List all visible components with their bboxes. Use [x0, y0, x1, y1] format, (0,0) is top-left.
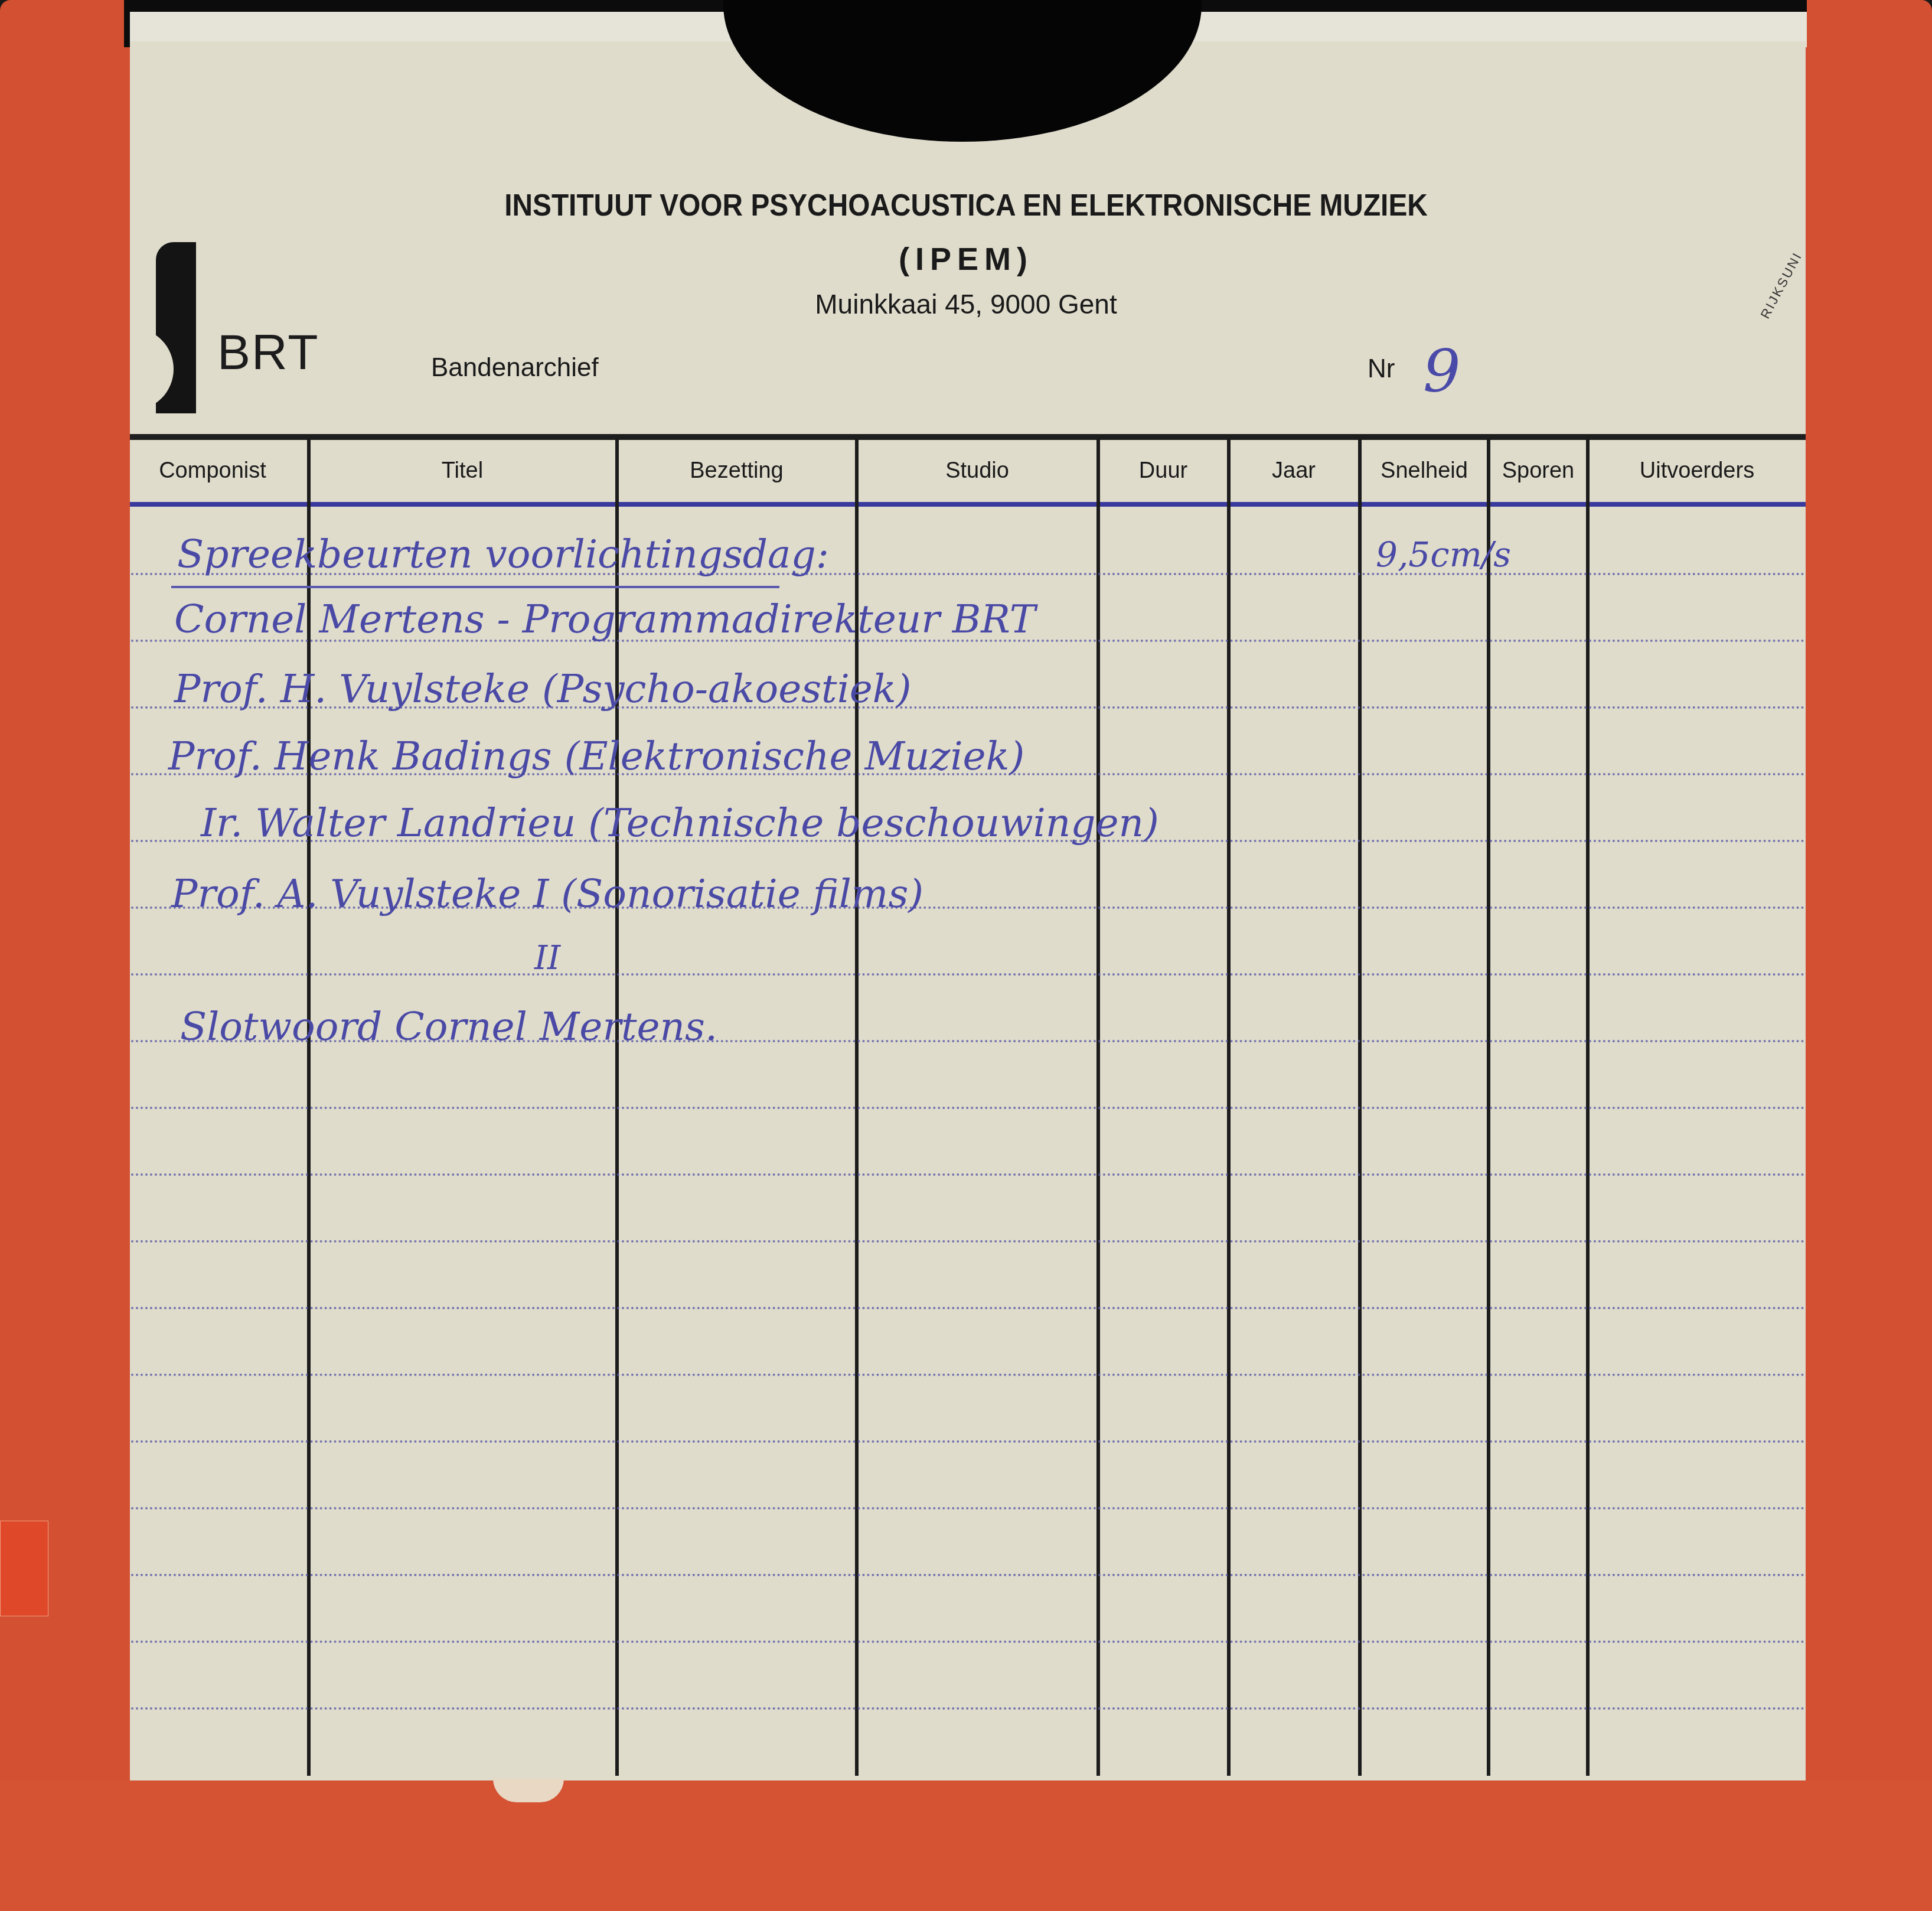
handwritten-entry: Ir. Walter Landrieu (Technische beschouw…	[201, 800, 1159, 846]
ruled-line	[131, 1440, 1806, 1443]
bottom-flap	[0, 1780, 1932, 1911]
institute-address: Muinkkaai 45, 9000 Gent	[0, 288, 1932, 320]
ruled-line	[131, 1240, 1806, 1243]
brt-logo-text: BRT	[217, 324, 319, 381]
column-header-titel: Titel	[309, 458, 616, 484]
column-header-studio: Studio	[857, 458, 1098, 484]
ruled-line	[131, 1507, 1806, 1509]
handwritten-entry: Prof. A. Vuylsteke I (Sonorisatie films)	[171, 871, 923, 917]
header-bottom-rule	[130, 502, 1806, 507]
adhesive-tape	[0, 1521, 48, 1616]
ruled-line	[131, 1107, 1806, 1109]
ruled-line	[131, 1574, 1806, 1576]
number-label: Nr	[1368, 354, 1395, 384]
column-header-snelheid: Snelheid	[1360, 458, 1489, 484]
ruled-line	[131, 973, 1806, 976]
ruled-line	[131, 1374, 1806, 1376]
column-header-duur: Duur	[1098, 458, 1228, 484]
handwritten-entry-heading: Spreekbeurten voorlichtingsdag:	[177, 531, 829, 577]
header-top-rule	[130, 434, 1806, 440]
column-header-bezetting: Bezetting	[617, 458, 856, 484]
institute-title: INSTITUUT VOOR PSYCHOACUSTICA EN ELEKTRO…	[77, 188, 1855, 223]
column-header-sporen: Sporen	[1489, 458, 1588, 484]
column-header-componist: Componist	[118, 458, 307, 484]
ruled-line	[131, 1707, 1806, 1710]
column-header-uitvoerders: Uitvoerders	[1588, 458, 1806, 484]
handwritten-entry: Cornel Mertens - Programmadirekteur BRT	[174, 596, 1036, 642]
handwritten-speed: 9,5cm/s	[1376, 534, 1511, 575]
ruled-line	[131, 1641, 1806, 1643]
handwritten-entry: II	[534, 939, 560, 977]
handwritten-entry: Prof. Henk Badings (Elektronische Muziek…	[168, 733, 1024, 779]
ruled-line	[131, 1173, 1806, 1176]
handwritten-entry: Prof. H. Vuylsteke (Psycho-akoestiek)	[174, 666, 912, 712]
column-header-jaar: Jaar	[1229, 458, 1359, 484]
archive-label: Bandenarchief	[431, 353, 599, 383]
ruled-line	[131, 1307, 1806, 1309]
number-value: 9	[1423, 337, 1461, 406]
handwritten-entry: Slotwoord Cornel Mertens.	[180, 1004, 717, 1049]
institute-acronym: (IPEM)	[0, 241, 1932, 278]
heading-underline	[171, 586, 779, 588]
